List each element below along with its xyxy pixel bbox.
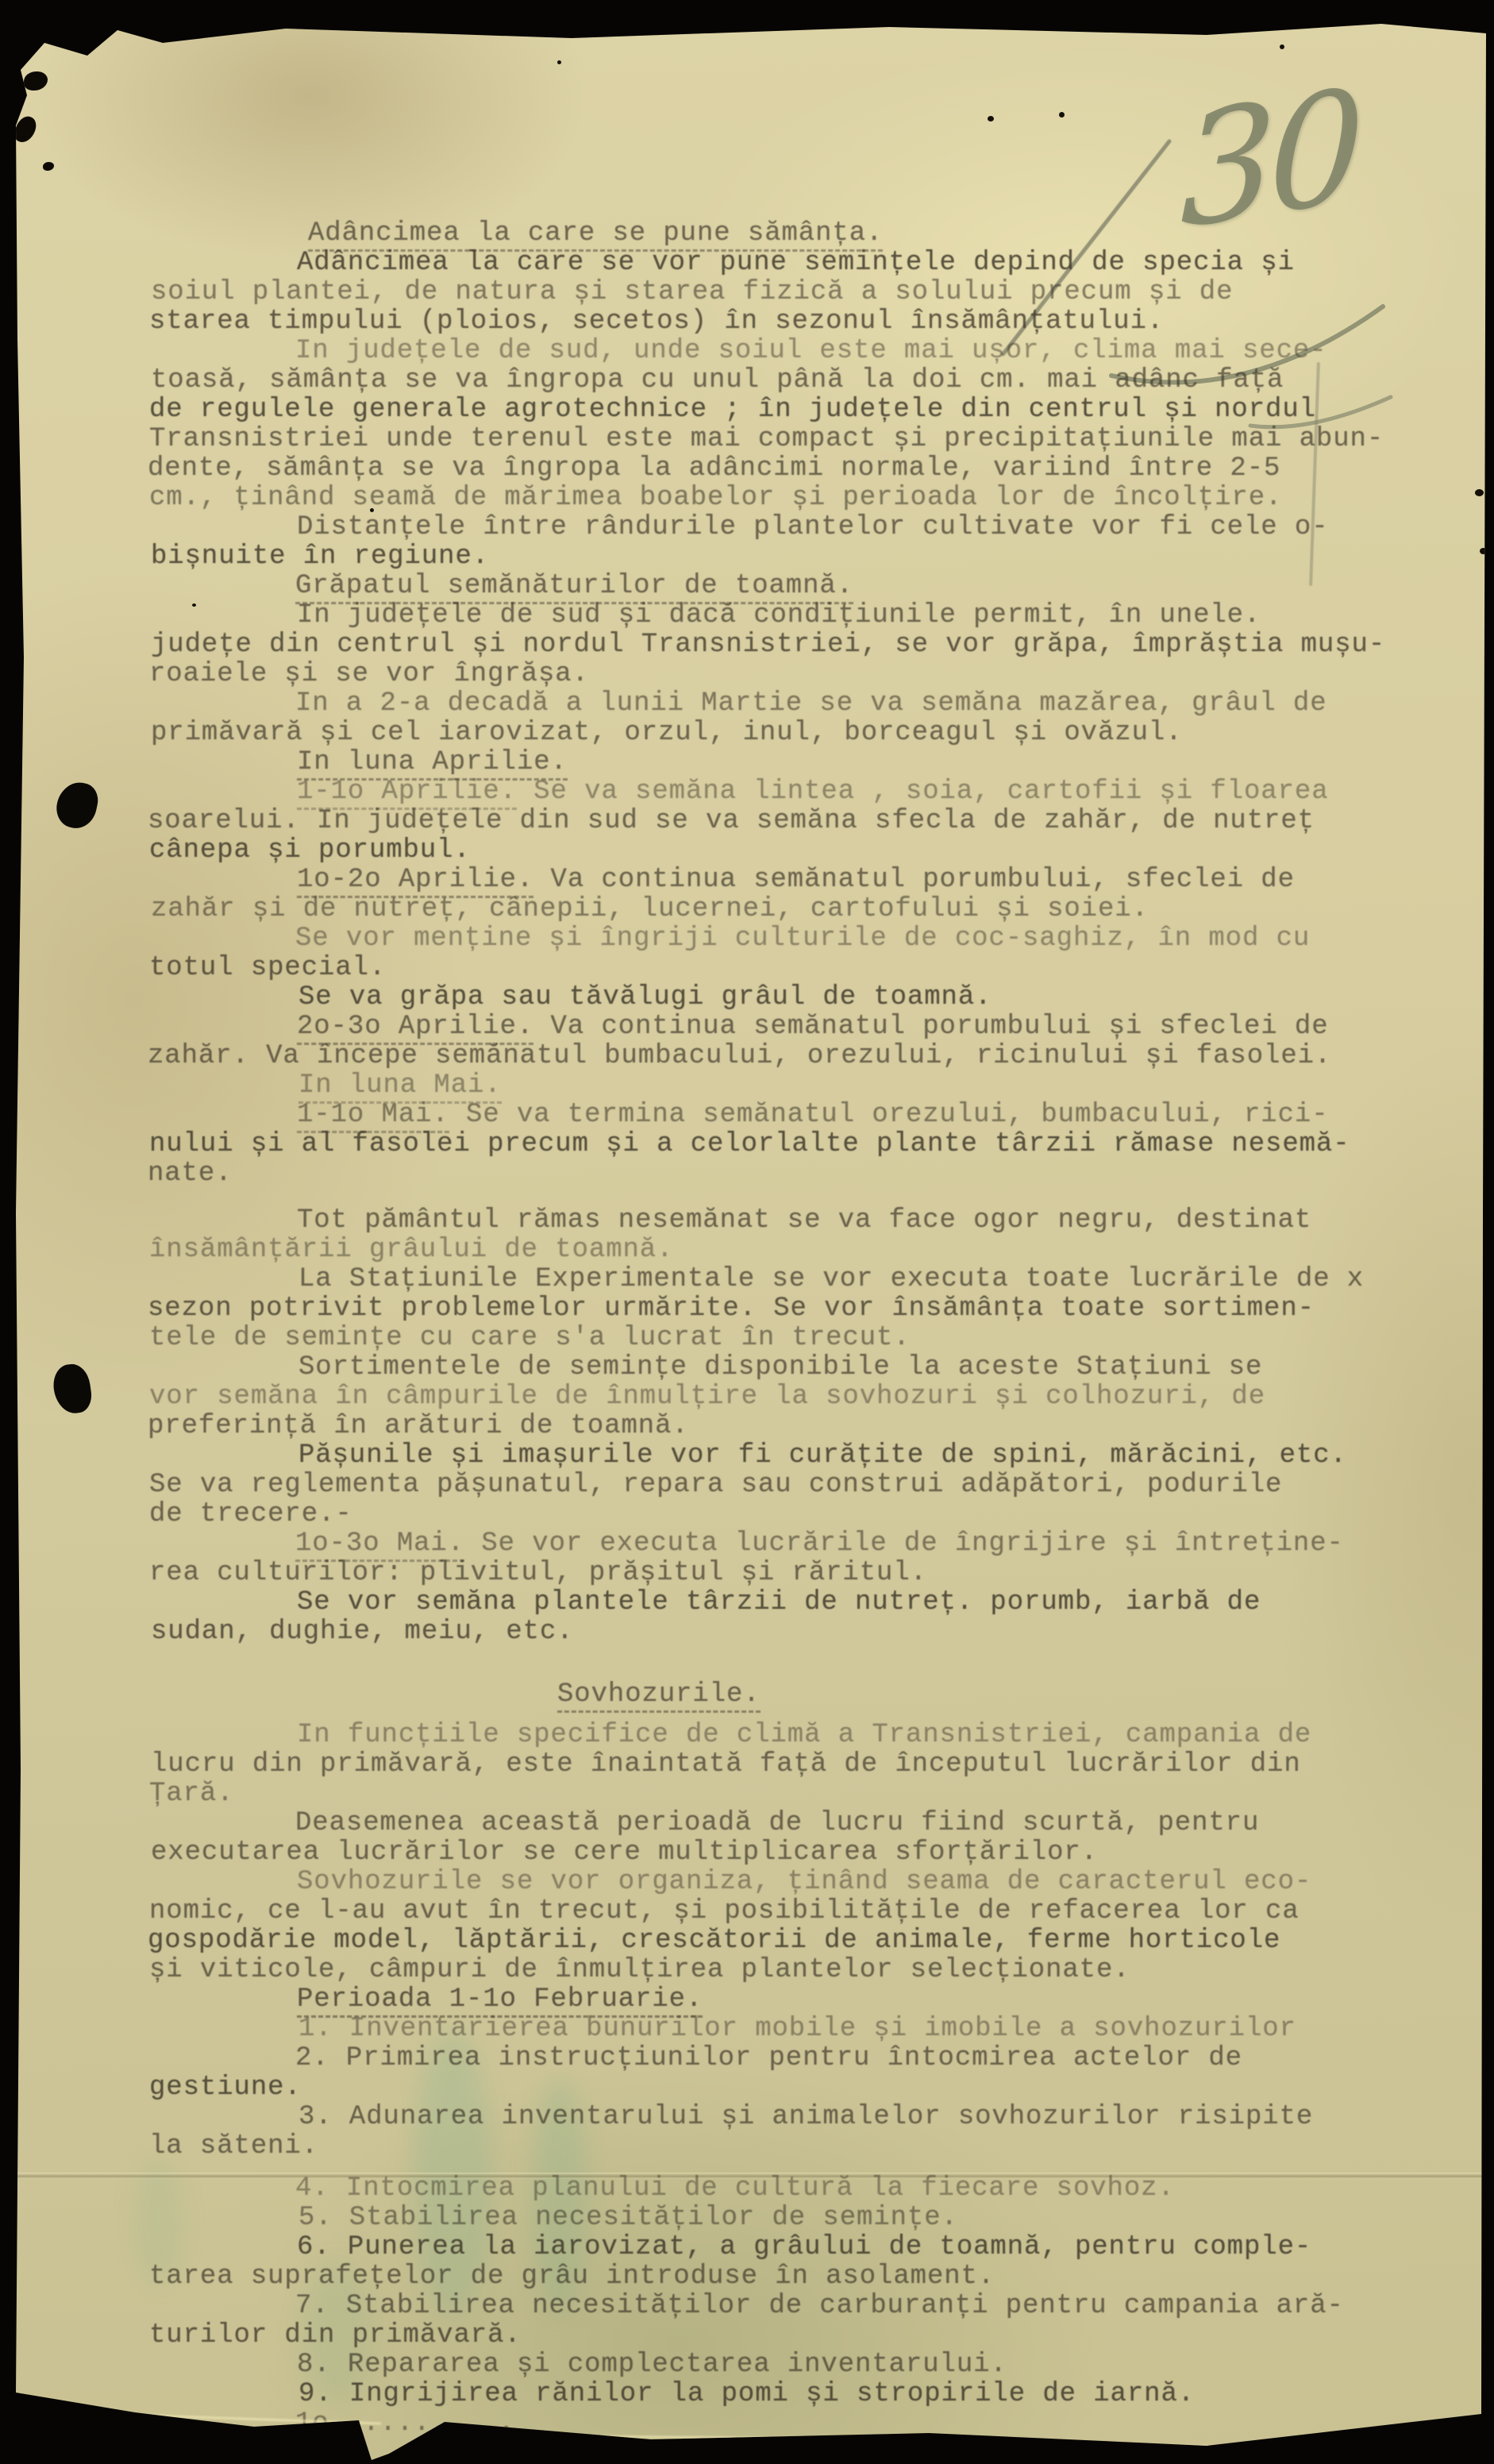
typed-line: In luna Mai.	[151, 1071, 1494, 1101]
tear-hole	[12, 114, 39, 145]
typed-line: 2. Primirea instrucțiunilor pentru întoc…	[148, 2044, 1494, 2073]
underlined-heading: Grăpatul semănăturilor de toamnă.	[295, 571, 853, 604]
typed-line: 1-1o Aprilie. Se va semăna lintea , soia…	[149, 777, 1494, 807]
typed-line: de trecere.-	[149, 1500, 1494, 1529]
underlined-heading: Perioada 1-1o Februarie.	[297, 1984, 703, 2018]
typed-line: gospodărie model, lăptării, crescătorii …	[148, 1926, 1494, 1956]
typed-line: 1. Inventarierea bunurilor mobile și imo…	[151, 2015, 1494, 2044]
underlined-heading: In luna Aprilie.	[297, 747, 568, 781]
tear-hole	[43, 162, 54, 171]
underlined-heading: Sovhozurile.	[557, 1679, 760, 1713]
underlined-date-range: 1-1o Aprilie.	[297, 777, 517, 810]
typed-line: dente, sămânța se va îngropa la adâncimi…	[148, 454, 1494, 484]
typed-line: și viticole, câmpuri de înmulțirea plant…	[149, 1956, 1494, 1985]
typed-line: Grăpatul semănăturilor de toamnă.	[148, 572, 1494, 601]
typed-line: Se va grăpa sau tăvălugi grâul de toamnă…	[151, 983, 1494, 1012]
typed-line: soiul plantei, de natura și starea fizic…	[151, 278, 1494, 307]
underlined-date-range: 2o-3o Aprilie.	[297, 1012, 533, 1045]
typed-line: nomic, ce l-au avut în trecut, și posibi…	[149, 1897, 1494, 1926]
punch-hole-bottom	[51, 1362, 94, 1416]
typed-line: bișnuite în regiune.	[151, 542, 1494, 572]
typed-line: primăvară și cel iarovizat, orzul, inul,…	[151, 719, 1494, 748]
typed-line: turilor din primăvară.	[149, 2321, 1494, 2350]
typed-text-block: Adâncimea la care se pune sămânța.Adânci…	[149, 219, 1494, 2439]
typed-line: Deasemenea această perioadă de lucru fii…	[148, 1809, 1494, 1838]
document-page: 30 Adâncimea la care se pune sămânța.Adâ…	[16, 22, 1488, 2464]
typed-line: Se va reglementa pășunatul, repara sau c…	[149, 1471, 1494, 1500]
typed-line: 6. Punerea la iarovizat, a grâului de to…	[149, 2233, 1494, 2262]
typed-line: Tot pământul rămas nesemănat se va face …	[149, 1206, 1494, 1236]
typed-line: Adâncimea la care se vor pune semințele …	[149, 249, 1494, 278]
typed-line: Perioada 1-1o Februarie.	[149, 1985, 1494, 2015]
typed-line: La Stațiunile Experimentale se vor execu…	[151, 1265, 1494, 1294]
typed-line: Pășunile și imașurile vor fi curățite de…	[151, 1441, 1494, 1471]
typed-line: In județele de sud, unde soiul este mai …	[148, 337, 1494, 366]
typed-line: soarelui. In județele din sud se va semă…	[148, 807, 1494, 836]
typed-line: roaiele și se vor îngrășa.	[149, 660, 1494, 689]
typed-line: Țară.	[149, 1780, 1494, 1809]
typed-line: zahăr. Va începe semănatul bumbacului, o…	[148, 1042, 1494, 1071]
typed-line: la săteni.	[149, 2132, 1494, 2161]
typed-line: nului și al fasolei precum și a celorlal…	[149, 1130, 1494, 1159]
underlined-date-range: 1o-3o Mai.	[295, 1529, 464, 1562]
typed-line: tele de semințe cu care s'a lucrat în tr…	[149, 1324, 1494, 1353]
typed-line: cânepa și porumbul.	[149, 836, 1494, 866]
typed-line: Se vor menține și îngriji culturile de c…	[148, 924, 1494, 954]
underlined-heading: In luna Mai.	[298, 1070, 502, 1104]
typed-line: In luna Aprilie.	[149, 748, 1494, 777]
speck	[1280, 44, 1284, 49]
speck	[557, 60, 561, 64]
typed-line: sezon potrivit problemelor urmărite. Se …	[148, 1294, 1494, 1324]
typed-line: gestiune.	[149, 2073, 1494, 2103]
typed-line: Adâncimea la care se pune sămânța.	[148, 219, 1494, 249]
punch-hole-top	[53, 778, 102, 831]
typed-line: rea culturilor: plivitul, prășitul și ră…	[149, 1559, 1494, 1588]
typed-line: Transnistriei unde terenul este mai comp…	[149, 425, 1494, 454]
typed-line: 3. Adunarea inventarului și animalelor s…	[151, 2103, 1494, 2132]
typed-line: totul special.	[149, 954, 1494, 983]
typed-line: In funcțiile specifice de climă a Transn…	[149, 1721, 1494, 1750]
typed-line: Sortimentele de semințe disponibile la a…	[151, 1353, 1494, 1382]
typed-line: însămânțării grâului de toamnă.	[149, 1236, 1494, 1265]
typed-line: nate.	[148, 1159, 1494, 1189]
typed-line: de regulele generale agrotechnice ; în j…	[149, 395, 1494, 425]
typed-line: 1o-3o Mai. Se vor executa lucrările de î…	[148, 1529, 1494, 1559]
typed-line: toasă, sămânța se va îngropa cu unul pân…	[151, 366, 1494, 395]
typed-line: In a 2-a decadă a lunii Martie se va sem…	[148, 689, 1494, 719]
tear-hole	[24, 71, 48, 91]
typed-line: zahăr și de nutreț, cânepii, lucernei, c…	[151, 895, 1494, 924]
underlined-date-range: 1-1o Mai.	[297, 1100, 449, 1133]
typed-line: 9. Ingrijirea rănilor la pomi și stropir…	[151, 2380, 1494, 2409]
typed-line: județe din centrul și nordul Transnistri…	[151, 630, 1494, 660]
typed-line: executarea lucrărilor se cere multiplica…	[151, 1838, 1494, 1868]
scan-background: { "page": { "handwritten_number": "30", …	[0, 0, 1494, 2464]
speck	[988, 116, 994, 121]
typed-line: Sovhozurile se vor organiza, ținând seam…	[149, 1868, 1494, 1897]
typed-line: sudan, dughie, meiu, etc.	[151, 1618, 1494, 1647]
typed-line: 5. Stabilirea necesităților de semințe.	[151, 2204, 1494, 2233]
typed-line: 4. Intocmirea planului de cultură la fie…	[148, 2174, 1494, 2204]
typed-line: Distanțele între rândurile plantelor cul…	[149, 513, 1494, 542]
typed-line: 1o. .........	[148, 2409, 1494, 2439]
typed-line: In județele de sud și dacă condițiunile …	[149, 601, 1494, 630]
typed-line: starea timpului (ploios, secetos) în sez…	[149, 307, 1494, 337]
typed-line: cm., ținând seamă de mărimea boabelor și…	[149, 484, 1494, 513]
typed-line: lucru din primăvară, este înaintată față…	[151, 1750, 1494, 1780]
torn-edge	[984, 2442, 1461, 2452]
underlined-date-range: 1o-2o Aprilie.	[297, 865, 533, 898]
underlined-heading: Adâncimea la care se pune sămânța.	[308, 218, 883, 252]
typed-line: 7. Stabilirea necesităților de carburanț…	[148, 2292, 1494, 2321]
typed-line: 1-1o Mai. Se va termina semănatul orezul…	[149, 1101, 1494, 1130]
typed-line: 8. Repararea și complectarea inventarulu…	[149, 2350, 1494, 2380]
typed-line: 1o-2o Aprilie. Va continua semănatul por…	[149, 866, 1494, 895]
speck	[1059, 112, 1065, 118]
typed-line: Sovhozurile.	[148, 1680, 1494, 1710]
typed-line: 2o-3o Aprilie. Va continua semănatul por…	[149, 1012, 1494, 1042]
typed-line: vor semăna în câmpurile de înmulțire la …	[149, 1382, 1494, 1412]
typed-line: tarea suprafețelor de grâu introduse în …	[149, 2262, 1494, 2292]
typed-line: preferință în arături de toamnă.	[148, 1412, 1494, 1441]
typed-line: Se vor semăna plantele târzii de nutreț.…	[149, 1588, 1494, 1618]
